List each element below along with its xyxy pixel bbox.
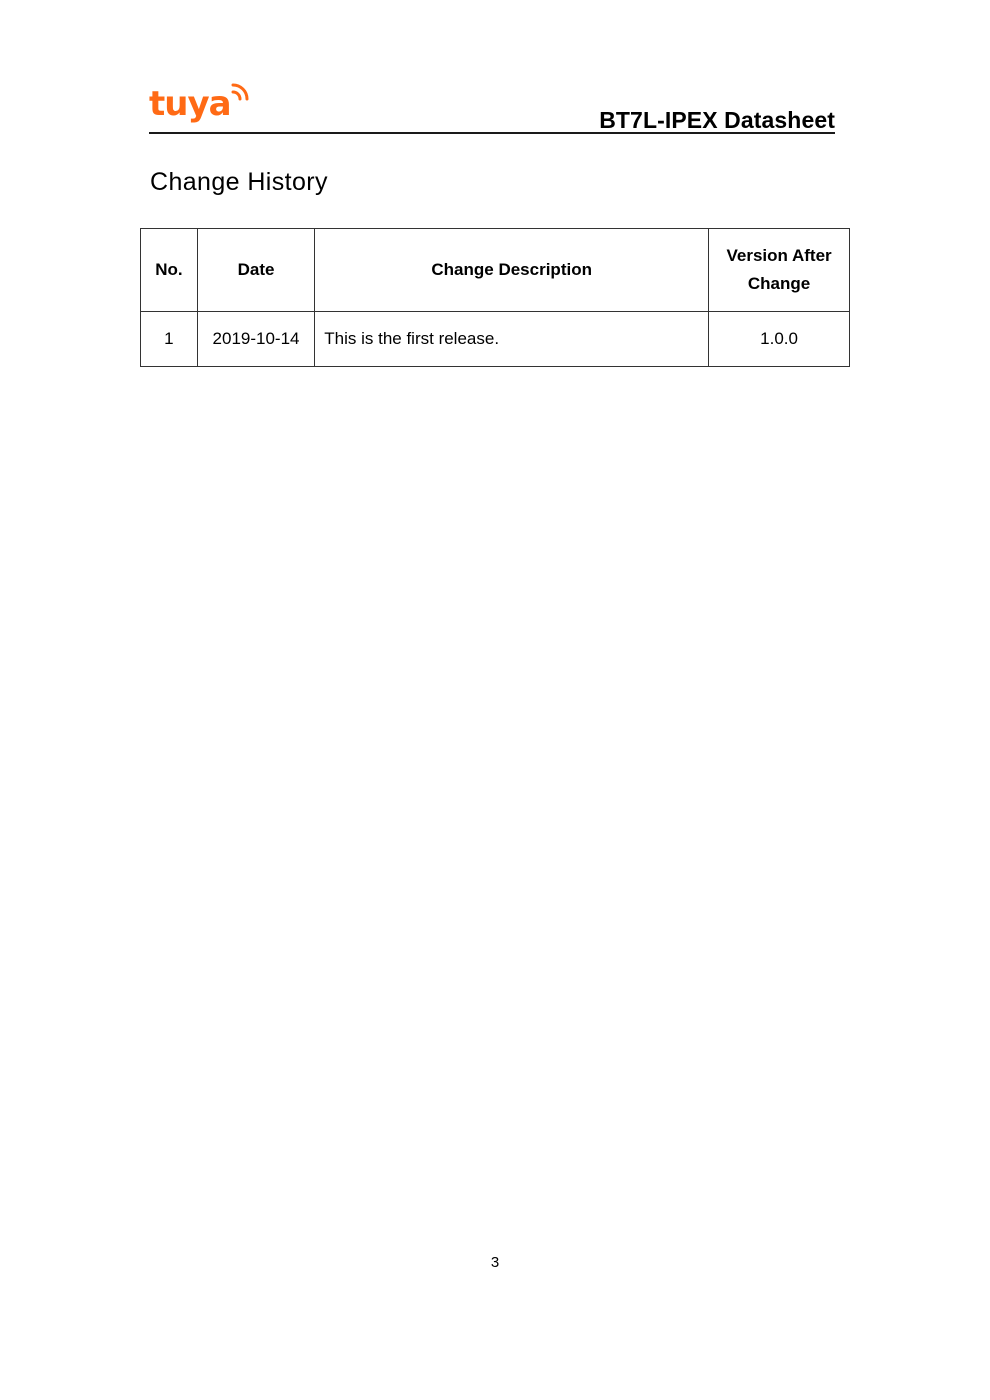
cell-version: 1.0.0 — [709, 312, 850, 367]
column-header-no: No. — [141, 229, 198, 312]
column-header-description: Change Description — [315, 229, 709, 312]
wifi-signal-icon — [233, 85, 247, 99]
cell-date: 2019-10-14 — [197, 312, 314, 367]
table-header-row: No. Date Change Description Version Afte… — [141, 229, 850, 312]
page-header: tuya BT7L-IPEX Datasheet — [149, 80, 835, 134]
cell-description: This is the first release. — [315, 312, 709, 367]
column-header-date: Date — [197, 229, 314, 312]
section-title: Change History — [150, 166, 328, 198]
svg-text:tuya: tuya — [149, 84, 231, 124]
table-row: 1 2019-10-14 This is the first release. … — [141, 312, 850, 367]
tuya-logo: tuya — [149, 82, 251, 128]
page-number: 3 — [0, 1254, 990, 1271]
document-title: BT7L-IPEX Datasheet — [599, 106, 835, 134]
change-history-table: No. Date Change Description Version Afte… — [140, 228, 850, 367]
cell-no: 1 — [141, 312, 198, 367]
column-header-version: Version After Change — [709, 229, 850, 312]
